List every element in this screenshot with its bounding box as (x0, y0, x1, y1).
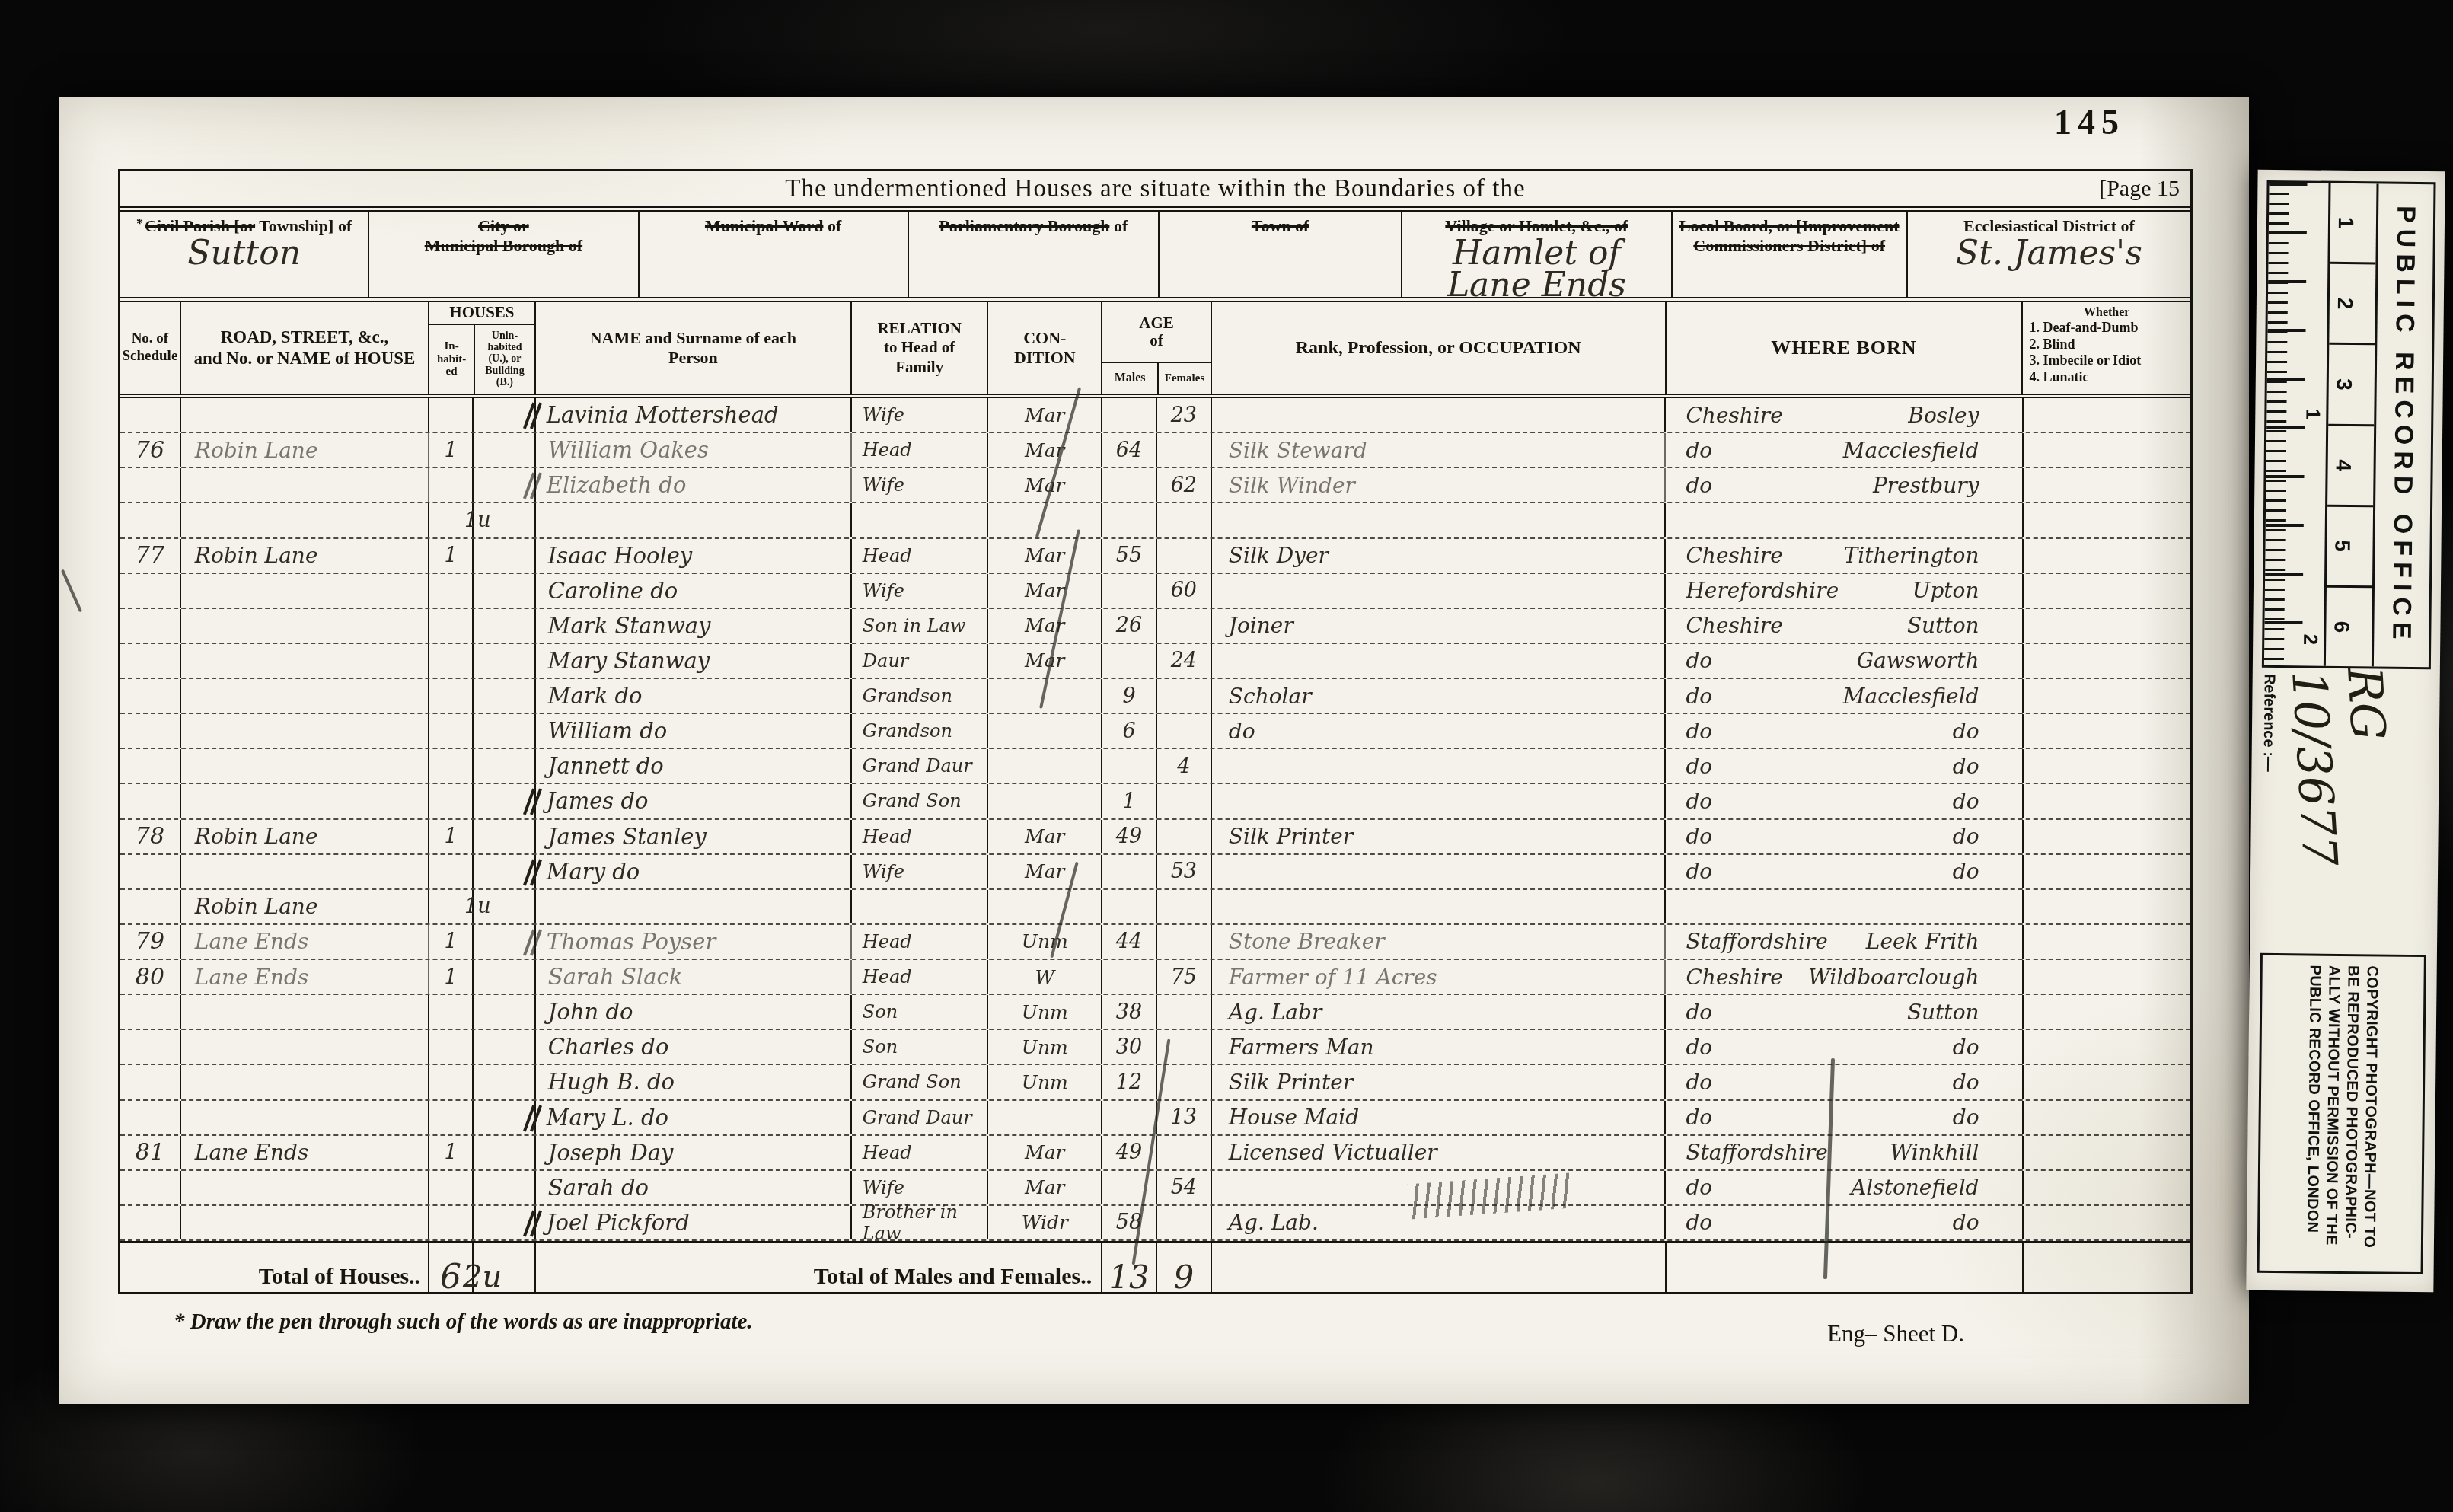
cell-inhabited (429, 398, 474, 432)
cell-infirmity (2024, 960, 2190, 994)
pro-strip-content: PUBLIC RECORD OFFICE 123456 1 2 Referenc… (2246, 170, 2445, 1290)
cell-infirmity (2024, 1136, 2190, 1169)
cell-condition (988, 890, 1102, 923)
asterisk: * (136, 216, 143, 231)
cell-road (181, 1206, 429, 1239)
cell-occupation (1212, 855, 1667, 888)
cell-name: Mary Stanway (536, 644, 852, 678)
household-tick (525, 1209, 539, 1236)
born-first: Herefordshire (1686, 578, 1839, 603)
cell-uninhabited (474, 574, 536, 608)
cell-relation: Wife (852, 398, 989, 432)
cell-inhabited: 1 (429, 820, 474, 853)
cell-road: Lane Ends (181, 960, 429, 994)
cell-occupation: Ag. Labr (1212, 995, 1667, 1029)
total-houses-uninhabited-value: 2u (463, 1259, 502, 1294)
cell-name: Elizabeth do (536, 468, 852, 502)
cell-where-born: dodo (1666, 820, 2023, 853)
ruler-number: 3 (2328, 345, 2375, 426)
total-houses-label: Total of Houses.. (120, 1243, 429, 1294)
census-row: Robin Lane1u (120, 890, 2190, 925)
label-text: of (823, 216, 841, 235)
cell-infirmity (2024, 1030, 2190, 1064)
cell-uninhabited (474, 1065, 536, 1099)
person-name: Elizabeth do (547, 472, 687, 498)
copyright-line: ALLY WITHOUT PERMISSION OF THE (2321, 965, 2343, 1262)
ruler-number: 5 (2327, 506, 2373, 588)
cell-relation (852, 503, 989, 537)
cell-name: Sarah do (536, 1171, 852, 1204)
cell-age-female (1157, 1206, 1212, 1239)
cell-infirmity (2024, 609, 2190, 643)
born-first: do (1686, 473, 1712, 498)
cell-name: Jannett do (536, 749, 852, 783)
table-title: The undermentioned Houses are situate wi… (785, 175, 1525, 203)
cell-infirmity (2024, 820, 2190, 853)
census-row: 81Lane Ends1Joseph DayHeadMar49Licensed … (120, 1136, 2190, 1171)
cell-road (181, 784, 429, 818)
page-bracket-label: [Page 15 (2099, 176, 2180, 202)
born-rest: Gawsworth (1857, 648, 1979, 673)
cell-road (181, 609, 429, 643)
reference-number: RG 10/3677 (2281, 665, 2409, 953)
cell-occupation: Farmer of 11 Acres (1212, 960, 1667, 994)
cell-condition: Mar (988, 1136, 1102, 1169)
cell-occupation: do (1212, 714, 1667, 748)
person-name: William do (548, 718, 667, 744)
cell-relation: Son (852, 995, 989, 1029)
struck-text: Village or Hamlet, &c., of (1445, 216, 1628, 235)
born-first: do (1686, 754, 1712, 779)
born-first: Cheshire (1686, 403, 1782, 428)
struck-text: Municipal Ward (705, 216, 823, 235)
cell-occupation: Silk Printer (1212, 1065, 1667, 1099)
cell-name: John do (536, 995, 852, 1029)
born-rest: Alstonefield (1851, 1175, 1979, 1200)
cell-road: Robin Lane (181, 890, 429, 923)
census-row: James doGrand Son1dodo (120, 784, 2190, 819)
cell-road (181, 749, 429, 783)
copyright-line: COPYRIGHT PHOTOGRAPH—NOT TO (2359, 965, 2381, 1262)
cell-occupation: Licensed Victualler (1212, 1136, 1667, 1169)
column-header-row: No. of Schedule ROAD, STREET, &c., and N… (120, 302, 2190, 398)
cell-where-born (1666, 890, 2023, 923)
field-label-town: Town of (1160, 216, 1401, 236)
cell-schedule: 76 (120, 433, 181, 467)
cell-condition: Mar (988, 1171, 1102, 1204)
cell-condition: Mar (988, 609, 1102, 643)
born-first: do (1686, 1035, 1712, 1060)
cell-infirmity (2024, 995, 2190, 1029)
cell-infirmity (2024, 855, 2190, 888)
born-rest: Bosley (1908, 403, 1979, 428)
cell-occupation (1212, 574, 1667, 608)
cell-inhabited (429, 1065, 474, 1099)
person-name: Mark do (548, 683, 643, 709)
born-rest: do (1953, 1070, 1979, 1095)
cell-schedule (120, 1206, 181, 1239)
person-name: John do (548, 999, 633, 1025)
cell-age-female (1157, 433, 1212, 467)
cell-condition (988, 714, 1102, 748)
census-row: Charles doSonUnm30Farmers Mandodo (120, 1030, 2190, 1065)
cell-age-male: 6 (1102, 714, 1157, 748)
col-header-name: NAME and Surname of each Person (536, 302, 852, 394)
cell-schedule (120, 574, 181, 608)
col-header-age: AGE of Males Females (1102, 302, 1212, 394)
totals-row: Total of Houses.. 6 2u Total of Males an… (120, 1241, 2190, 1294)
born-rest: Titherington (1844, 543, 1979, 568)
total-males-females-label: Total of Males and Females.. (536, 1243, 1102, 1294)
household-tick (525, 471, 539, 499)
field-municipal-ward: Municipal Ward of (640, 212, 909, 297)
cell-age-female (1157, 503, 1212, 537)
col-header-houses: HOUSES In- habit- ed Unin- habited (U.),… (429, 302, 536, 394)
cell-name: William Oakes (536, 433, 852, 467)
cell-name: Joel Pickford (536, 1206, 852, 1239)
infirmity-item-4: 4. Lunatic (2029, 369, 2088, 386)
total-males: 13 (1102, 1243, 1157, 1294)
cell-relation: Head (852, 1136, 989, 1169)
cell-age-female: 4 (1157, 749, 1212, 783)
cell-condition (988, 784, 1102, 818)
cell-condition: Unm (988, 1065, 1102, 1099)
cell-age-female (1157, 714, 1212, 748)
cell-age-male: 49 (1102, 820, 1157, 853)
table-title-row: The undermentioned Houses are situate wi… (120, 171, 2190, 212)
cell-name: Thomas Poyser (536, 925, 852, 959)
census-row: Lavinia MottersheadWifeMar23CheshireBosl… (120, 398, 2190, 433)
born-rest: do (1953, 1210, 1979, 1235)
cell-where-born: CheshireWildboarclough (1666, 960, 2023, 994)
cell-age-male (1102, 960, 1157, 994)
cell-schedule (120, 398, 181, 432)
person-name: Joel Pickford (547, 1210, 690, 1236)
infirmity-item-3: 3. Imbecile or Idiot (2029, 352, 2141, 369)
infirmity-item-2: 2. Blind (2029, 337, 2075, 353)
born-rest: Sutton (1907, 613, 1979, 638)
copyright-line: BE REPRODUCED PHOTOGRAPHIC- (2340, 965, 2362, 1262)
cell-where-born: dodo (1666, 749, 2023, 783)
cell-inhabited (429, 855, 474, 888)
cell-infirmity (2024, 749, 2190, 783)
cell-age-male: 38 (1102, 995, 1157, 1029)
household-tick (525, 928, 539, 955)
cell-relation: Son in Law (852, 609, 989, 643)
born-first: do (1686, 1070, 1712, 1095)
cell-infirmity (2024, 468, 2190, 502)
cell-age-male: 44 (1102, 925, 1157, 959)
person-name: Mary Stanway (548, 648, 710, 674)
cell-inhabited (429, 1206, 474, 1239)
census-row: Hugh B. doGrand SonUnm12Silk Printerdodo (120, 1065, 2190, 1100)
cell-name: James Stanley (536, 820, 852, 853)
cell-schedule (120, 1065, 181, 1099)
col-header-where-born: WHERE BORN (1667, 302, 2024, 394)
cell-age-male: 64 (1102, 433, 1157, 467)
cell-age-male: 12 (1102, 1065, 1157, 1099)
cell-uninhabited (474, 960, 536, 994)
cell-road (181, 468, 429, 502)
cell-where-born: dodo (1666, 784, 2023, 818)
cell-inhabited: 1 (429, 960, 474, 994)
cell-age-male (1102, 468, 1157, 502)
col-header-schedule: No. of Schedule (120, 302, 181, 394)
cell-condition: Unm (988, 925, 1102, 959)
cell-occupation (1212, 398, 1667, 432)
person-name: Thomas Poyser (547, 929, 716, 955)
census-page: 145 The undermentioned Houses are situat… (59, 97, 2249, 1404)
cell-infirmity (2024, 539, 2190, 573)
born-rest: Prestbury (1873, 473, 1979, 498)
born-rest: do (1953, 859, 1979, 884)
cell-uninhabited: 1u (474, 503, 536, 537)
cell-road (181, 1101, 429, 1134)
cell-occupation: Silk Dyer (1212, 539, 1667, 573)
totals-empty-born (1667, 1243, 2024, 1294)
cell-relation: Grand Daur (852, 1101, 989, 1134)
cell-inhabited (429, 749, 474, 783)
born-first: do (1686, 1105, 1712, 1130)
cell-infirmity (2024, 398, 2190, 432)
household-tick (525, 1104, 539, 1131)
cell-where-born: dodo (1666, 1065, 2023, 1099)
cell-schedule (120, 714, 181, 748)
field-value-civil-parish: Sutton (120, 238, 368, 270)
pro-reference-strip: PUBLIC RECORD OFFICE 123456 1 2 Referenc… (2246, 170, 2445, 1292)
cell-relation: Grandson (852, 714, 989, 748)
reference-label: Reference :— (2259, 674, 2277, 772)
cell-where-born: CheshireTitherington (1666, 539, 2023, 573)
cell-infirmity (2024, 1065, 2190, 1099)
census-row: 1u (120, 503, 2190, 538)
census-row: Sarah doWifeMar54doAlstonefield (120, 1171, 2190, 1206)
cell-condition: Unm (988, 995, 1102, 1029)
cell-uninhabited (474, 1171, 536, 1204)
cell-infirmity (2024, 925, 2190, 959)
cell-age-female: 53 (1157, 855, 1212, 888)
cell-occupation (1212, 644, 1667, 678)
born-first: Staffordshire (1686, 1140, 1827, 1165)
reference-section: Reference :— RG 10/3677 (2250, 668, 2440, 952)
cell-road (181, 574, 429, 608)
cell-occupation: Stone Breaker (1212, 925, 1667, 959)
pencil-stroke (61, 569, 82, 612)
cell-occupation: Joiner (1212, 609, 1667, 643)
born-first: do (1686, 684, 1712, 709)
cell-occupation: House Maid (1212, 1101, 1667, 1134)
cell-name: Charles do (536, 1030, 852, 1064)
cell-infirmity (2024, 503, 2190, 537)
born-rest: do (1953, 1105, 1979, 1130)
cell-inhabited (429, 784, 474, 818)
cell-age-male: 30 (1102, 1030, 1157, 1064)
col-header-houses-title: HOUSES (429, 302, 534, 325)
cell-inhabited (429, 644, 474, 678)
cell-age-female: 75 (1157, 960, 1212, 994)
cell-schedule: 78 (120, 820, 181, 853)
born-rest: Macclesfield (1843, 438, 1979, 463)
cell-condition: Mar (988, 433, 1102, 467)
cell-inhabited (429, 1030, 474, 1064)
cell-condition: Widr (988, 1206, 1102, 1239)
cell-age-female: 23 (1157, 398, 1212, 432)
born-first: Cheshire (1686, 965, 1782, 990)
cell-name: Joseph Day (536, 1136, 852, 1169)
cell-condition: Mar (988, 855, 1102, 888)
cell-condition: Mar (988, 398, 1102, 432)
census-row: 78Robin Lane1James StanleyHeadMar49Silk … (120, 820, 2190, 855)
field-civil-parish: *Civil Parish [or Township] ofSutton (120, 212, 369, 297)
ruler-inch-1: 1 (2301, 408, 2324, 419)
cell-relation: Head (852, 820, 989, 853)
person-name: Mary do (547, 859, 640, 885)
cell-age-male: 26 (1102, 609, 1157, 643)
total-females: 9 (1157, 1243, 1212, 1294)
cell-uninhabited (474, 433, 536, 467)
cell-age-male (1102, 855, 1157, 888)
cell-inhabited: 1 (429, 433, 474, 467)
cell-age-male: 55 (1102, 539, 1157, 573)
totals-empty-occupation (1212, 1243, 1667, 1294)
cell-name: James do (536, 784, 852, 818)
cell-relation: Daur (852, 644, 989, 678)
cell-schedule: 80 (120, 960, 181, 994)
field-ecclesiastical-district: Ecclesiastical District ofSt. James's (1908, 212, 2190, 297)
census-row: Caroline doWifeMar60HerefordshireUpton (120, 574, 2190, 609)
cell-condition: Mar (988, 539, 1102, 573)
ruler-inch-2: 2 (2298, 633, 2322, 645)
born-rest: do (1953, 1035, 1979, 1060)
cell-relation: Wife (852, 574, 989, 608)
col-header-inhabited: In- habit- ed (429, 325, 475, 394)
cell-where-born: doGawsworth (1666, 644, 2023, 678)
cell-occupation: Silk Winder (1212, 468, 1667, 502)
field-local-board: Local Board, or [Improvement Commissione… (1673, 212, 1908, 297)
field-value-ecclesiastical-district: St. James's (1908, 238, 2190, 270)
cell-road (181, 995, 429, 1029)
cell-name: Mark do (536, 679, 852, 713)
person-name: Mary L. do (547, 1105, 668, 1131)
film-page-number: 145 (2054, 102, 2125, 142)
cell-relation: Grand Daur (852, 749, 989, 783)
cell-inhabited (429, 714, 474, 748)
total-houses-uninhabited: 2u (474, 1243, 536, 1294)
cell-age-female (1157, 609, 1212, 643)
cell-infirmity (2024, 574, 2190, 608)
cell-schedule (120, 890, 181, 923)
copyright-box: COPYRIGHT PHOTOGRAPH—NOT TOBE REPRODUCED… (2257, 953, 2426, 1274)
cell-age-male (1102, 890, 1157, 923)
cell-schedule (120, 1171, 181, 1204)
cell-where-born (1666, 503, 2023, 537)
person-name: Joseph Day (548, 1140, 674, 1166)
cell-condition: Mar (988, 644, 1102, 678)
household-tick (525, 858, 539, 885)
cell-where-born: dodo (1666, 1206, 2023, 1239)
cell-name: Sarah Slack (536, 960, 852, 994)
cell-schedule (120, 503, 181, 537)
born-first: do (1686, 789, 1712, 814)
cell-occupation (1212, 503, 1667, 537)
cell-relation: Brother in Law (852, 1206, 989, 1239)
cell-age-male (1102, 398, 1157, 432)
cell-road (181, 1030, 429, 1064)
cell-occupation: Silk Steward (1212, 433, 1667, 467)
born-first: Cheshire (1686, 543, 1782, 568)
cell-inhabited: 1 (429, 1136, 474, 1169)
born-first: do (1686, 1210, 1712, 1235)
cell-age-female: 13 (1157, 1101, 1212, 1134)
census-row: Jannett doGrand Daur4dodo (120, 749, 2190, 784)
ruler-number: 4 (2327, 426, 2374, 507)
cell-road: Lane Ends (181, 925, 429, 959)
cell-where-born: HerefordshireUpton (1666, 574, 2023, 608)
struck-text: Town of (1252, 216, 1309, 235)
census-row: Mary StanwayDaurMar24doGawsworth (120, 644, 2190, 679)
cell-age-female (1157, 1136, 1212, 1169)
cell-road (181, 1171, 429, 1204)
census-row: 77Robin Lane1Isaac HooleyHeadMar55Silk D… (120, 539, 2190, 574)
cell-infirmity (2024, 784, 2190, 818)
cell-name: Mary do (536, 855, 852, 888)
cell-schedule (120, 995, 181, 1029)
cell-road: Robin Lane (181, 539, 429, 573)
cell-age-male (1102, 1171, 1157, 1204)
cell-name: Mark Stanway (536, 609, 852, 643)
cell-where-born: CheshireSutton (1666, 609, 2023, 643)
col-header-condition: CON- DITION (988, 302, 1102, 394)
person-name: Sarah do (548, 1175, 649, 1201)
born-first: do (1686, 719, 1712, 744)
census-row: Mark doGrandson9ScholardoMacclesfield (120, 679, 2190, 714)
cell-schedule (120, 609, 181, 643)
label-text: Township] of (255, 216, 352, 235)
household-tick (525, 401, 539, 429)
cell-schedule (120, 855, 181, 888)
cell-occupation: Farmers Man (1212, 1030, 1667, 1064)
col-header-age-sub: Males Females (1102, 362, 1211, 394)
uninhabited-value: 1u (464, 509, 491, 532)
field-town: Town of (1160, 212, 1402, 297)
cell-schedule (120, 1030, 181, 1064)
cell-schedule (120, 468, 181, 502)
cell-infirmity (2024, 679, 2190, 713)
cell-condition (988, 749, 1102, 783)
cell-where-born: dodo (1666, 855, 2023, 888)
cell-schedule (120, 784, 181, 818)
cell-occupation: Silk Printer (1212, 820, 1667, 853)
ruler-number: 2 (2329, 264, 2375, 346)
cell-where-born: StaffordshireWinkhill (1666, 1136, 2023, 1169)
ruler-number: 1 (2330, 183, 2376, 265)
cell-age-female: 62 (1157, 468, 1212, 502)
person-name: Sarah Slack (548, 964, 682, 990)
cell-schedule (120, 1101, 181, 1134)
cell-where-born: dodo (1666, 1101, 2023, 1134)
ruler-box: PUBLIC RECORD OFFICE 123456 1 2 (2262, 180, 2436, 669)
col-header-relation: RELATION to Head of Family (852, 302, 989, 394)
cell-age-male (1102, 503, 1157, 537)
cell-relation: Grand Son (852, 1065, 989, 1099)
born-first: do (1686, 824, 1712, 849)
field-village-hamlet: Village or Hamlet, &c., ofHamlet of Lane… (1402, 212, 1672, 297)
cell-schedule: 77 (120, 539, 181, 573)
cell-inhabited: 1 (429, 925, 474, 959)
person-name: Isaac Hooley (548, 543, 692, 569)
cell-where-born: doMacclesfield (1666, 679, 2023, 713)
person-name: Charles do (548, 1034, 669, 1060)
